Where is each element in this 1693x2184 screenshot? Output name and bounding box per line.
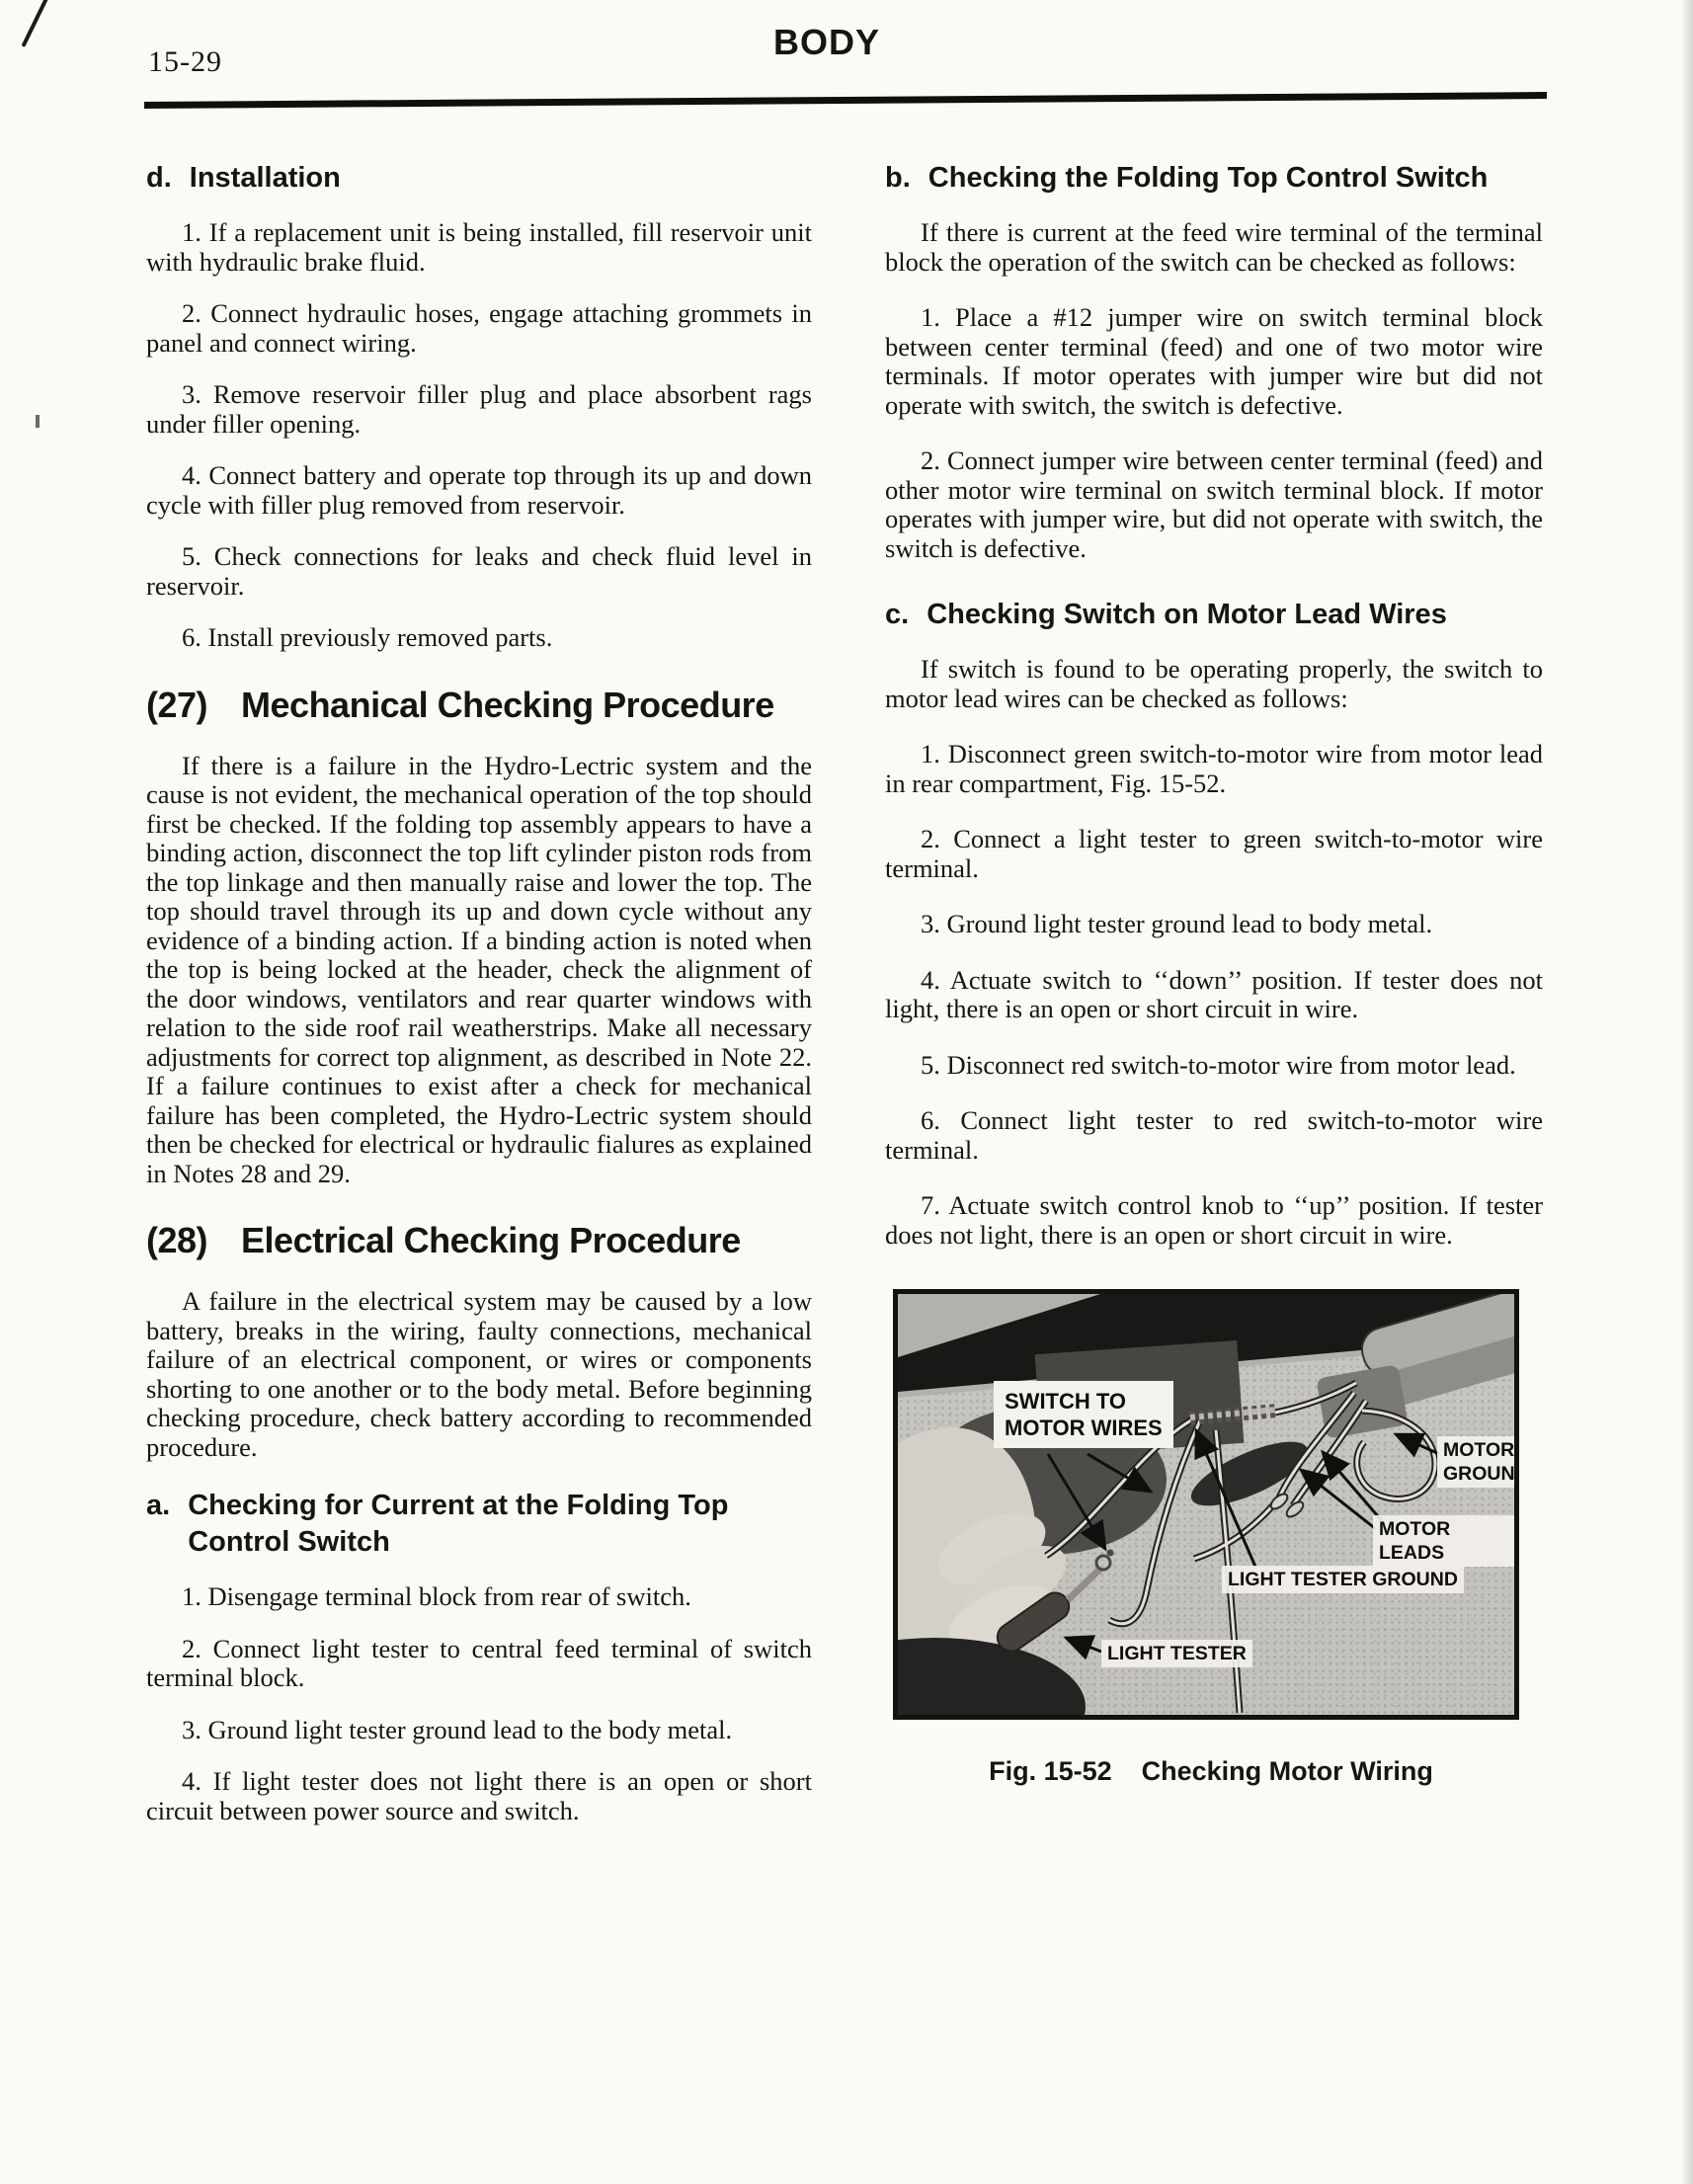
- section-27-number: (27): [146, 683, 207, 728]
- figure-label-light-tester: LIGHT TESTER: [1101, 1640, 1252, 1667]
- figure-label-light-tester-ground: LIGHT TESTER GROUND: [1222, 1566, 1464, 1593]
- scan-margin-mark: [36, 415, 40, 428]
- list-item: 3. Remove reservoir filler plug and plac…: [146, 380, 812, 439]
- section-d-label: d.: [146, 160, 172, 197]
- section-b-label: b.: [885, 160, 911, 197]
- manual-page: 15-29 BODY d. Installation 1. If a repla…: [0, 0, 1693, 2184]
- figure-label-switch-to-motor-wires: SWITCH TO MOTOR WIRES: [994, 1381, 1173, 1448]
- section-c-title: Checking Switch on Motor Lead Wires: [927, 597, 1447, 633]
- section-c-intro: If switch is found to be operating prope…: [885, 655, 1543, 713]
- section-28-body: A failure in the electrical system may b…: [146, 1287, 812, 1462]
- section-a-title: Checking for Current at the Folding Top …: [188, 1488, 728, 1561]
- section-d-heading: d. Installation: [146, 160, 812, 197]
- list-item: 2. Connect hydraulic hoses, engage attac…: [146, 299, 812, 358]
- right-column: b. Checking the Folding Top Control Swit…: [885, 160, 1543, 1787]
- left-column: d. Installation 1. If a replacement unit…: [146, 160, 812, 1848]
- section-28-number: (28): [146, 1218, 207, 1263]
- figure-15-52: SWITCH TO MOTOR WIRES MOTOR GROUND MOTOR…: [893, 1289, 1529, 1787]
- section-27-heading: (27) Mechanical Checking Procedure: [146, 683, 812, 728]
- list-item: 1. If a replacement unit is being instal…: [146, 218, 812, 277]
- header-rule: [144, 92, 1547, 109]
- section-b-title: Checking the Folding Top Control Switch: [928, 160, 1489, 197]
- figure-label-motor-leads: MOTOR LEADS: [1373, 1515, 1514, 1567]
- section-a-title-line1: Checking for Current at the Folding Top: [188, 1488, 728, 1524]
- section-d-title: Installation: [190, 160, 341, 197]
- section-b-intro: If there is current at the feed wire ter…: [885, 218, 1543, 277]
- section-a-title-line2: Control Switch: [188, 1524, 728, 1561]
- list-item: 4. If light tester does not light there …: [146, 1767, 812, 1825]
- section-28-heading: (28) Electrical Checking Procedure: [146, 1218, 812, 1263]
- section-a-label: a.: [146, 1488, 170, 1561]
- list-item: 1. Disengage terminal block from rear of…: [146, 1582, 812, 1612]
- figure-photo: SWITCH TO MOTOR WIRES MOTOR GROUND MOTOR…: [893, 1289, 1519, 1720]
- list-item: 1. Disconnect green switch-to-motor wire…: [885, 740, 1543, 798]
- list-item: 2. Connect jumper wire between center te…: [885, 446, 1543, 563]
- list-item: 3. Ground light tester ground lead to th…: [146, 1716, 812, 1745]
- figure-caption-text: Checking Motor Wiring: [1142, 1756, 1433, 1786]
- section-c-label: c.: [885, 597, 909, 633]
- list-item: 4. Connect battery and operate top throu…: [146, 461, 812, 520]
- list-item: 3. Ground light tester ground lead to bo…: [885, 910, 1543, 939]
- figure-caption-number: Fig. 15-52: [989, 1756, 1112, 1786]
- section-a-heading: a. Checking for Current at the Folding T…: [146, 1488, 812, 1561]
- page-title: BODY: [0, 22, 1653, 63]
- section-b-heading: b. Checking the Folding Top Control Swit…: [885, 160, 1543, 197]
- list-item: 2. Connect a light tester to green switc…: [885, 825, 1543, 883]
- list-item: 2. Connect light tester to central feed …: [146, 1635, 812, 1693]
- list-item: 5. Disconnect red switch-to-motor wire f…: [885, 1051, 1543, 1081]
- list-item: 6. Install previously removed parts.: [146, 623, 812, 653]
- section-27-body: If there is a failure in the Hydro-Lectr…: [146, 752, 812, 1189]
- list-item: 5. Check connections for leaks and check…: [146, 542, 812, 601]
- section-28-title: Electrical Checking Procedure: [241, 1218, 741, 1263]
- scan-edge-shade: [1681, 0, 1693, 2184]
- figure-label-motor-ground: MOTOR GROUND: [1437, 1436, 1519, 1488]
- list-item: 4. Actuate switch to ‘‘down’’ position. …: [885, 966, 1543, 1024]
- list-item: 6. Connect light tester to red switch-to…: [885, 1106, 1543, 1165]
- section-27-title: Mechanical Checking Procedure: [241, 683, 774, 728]
- list-item: 1. Place a #12 jumper wire on switch ter…: [885, 303, 1543, 420]
- section-c-heading: c. Checking Switch on Motor Lead Wires: [885, 597, 1543, 633]
- list-item: 7. Actuate switch control knob to ‘‘up’’…: [885, 1191, 1543, 1250]
- figure-caption: Fig. 15-52Checking Motor Wiring: [893, 1757, 1529, 1787]
